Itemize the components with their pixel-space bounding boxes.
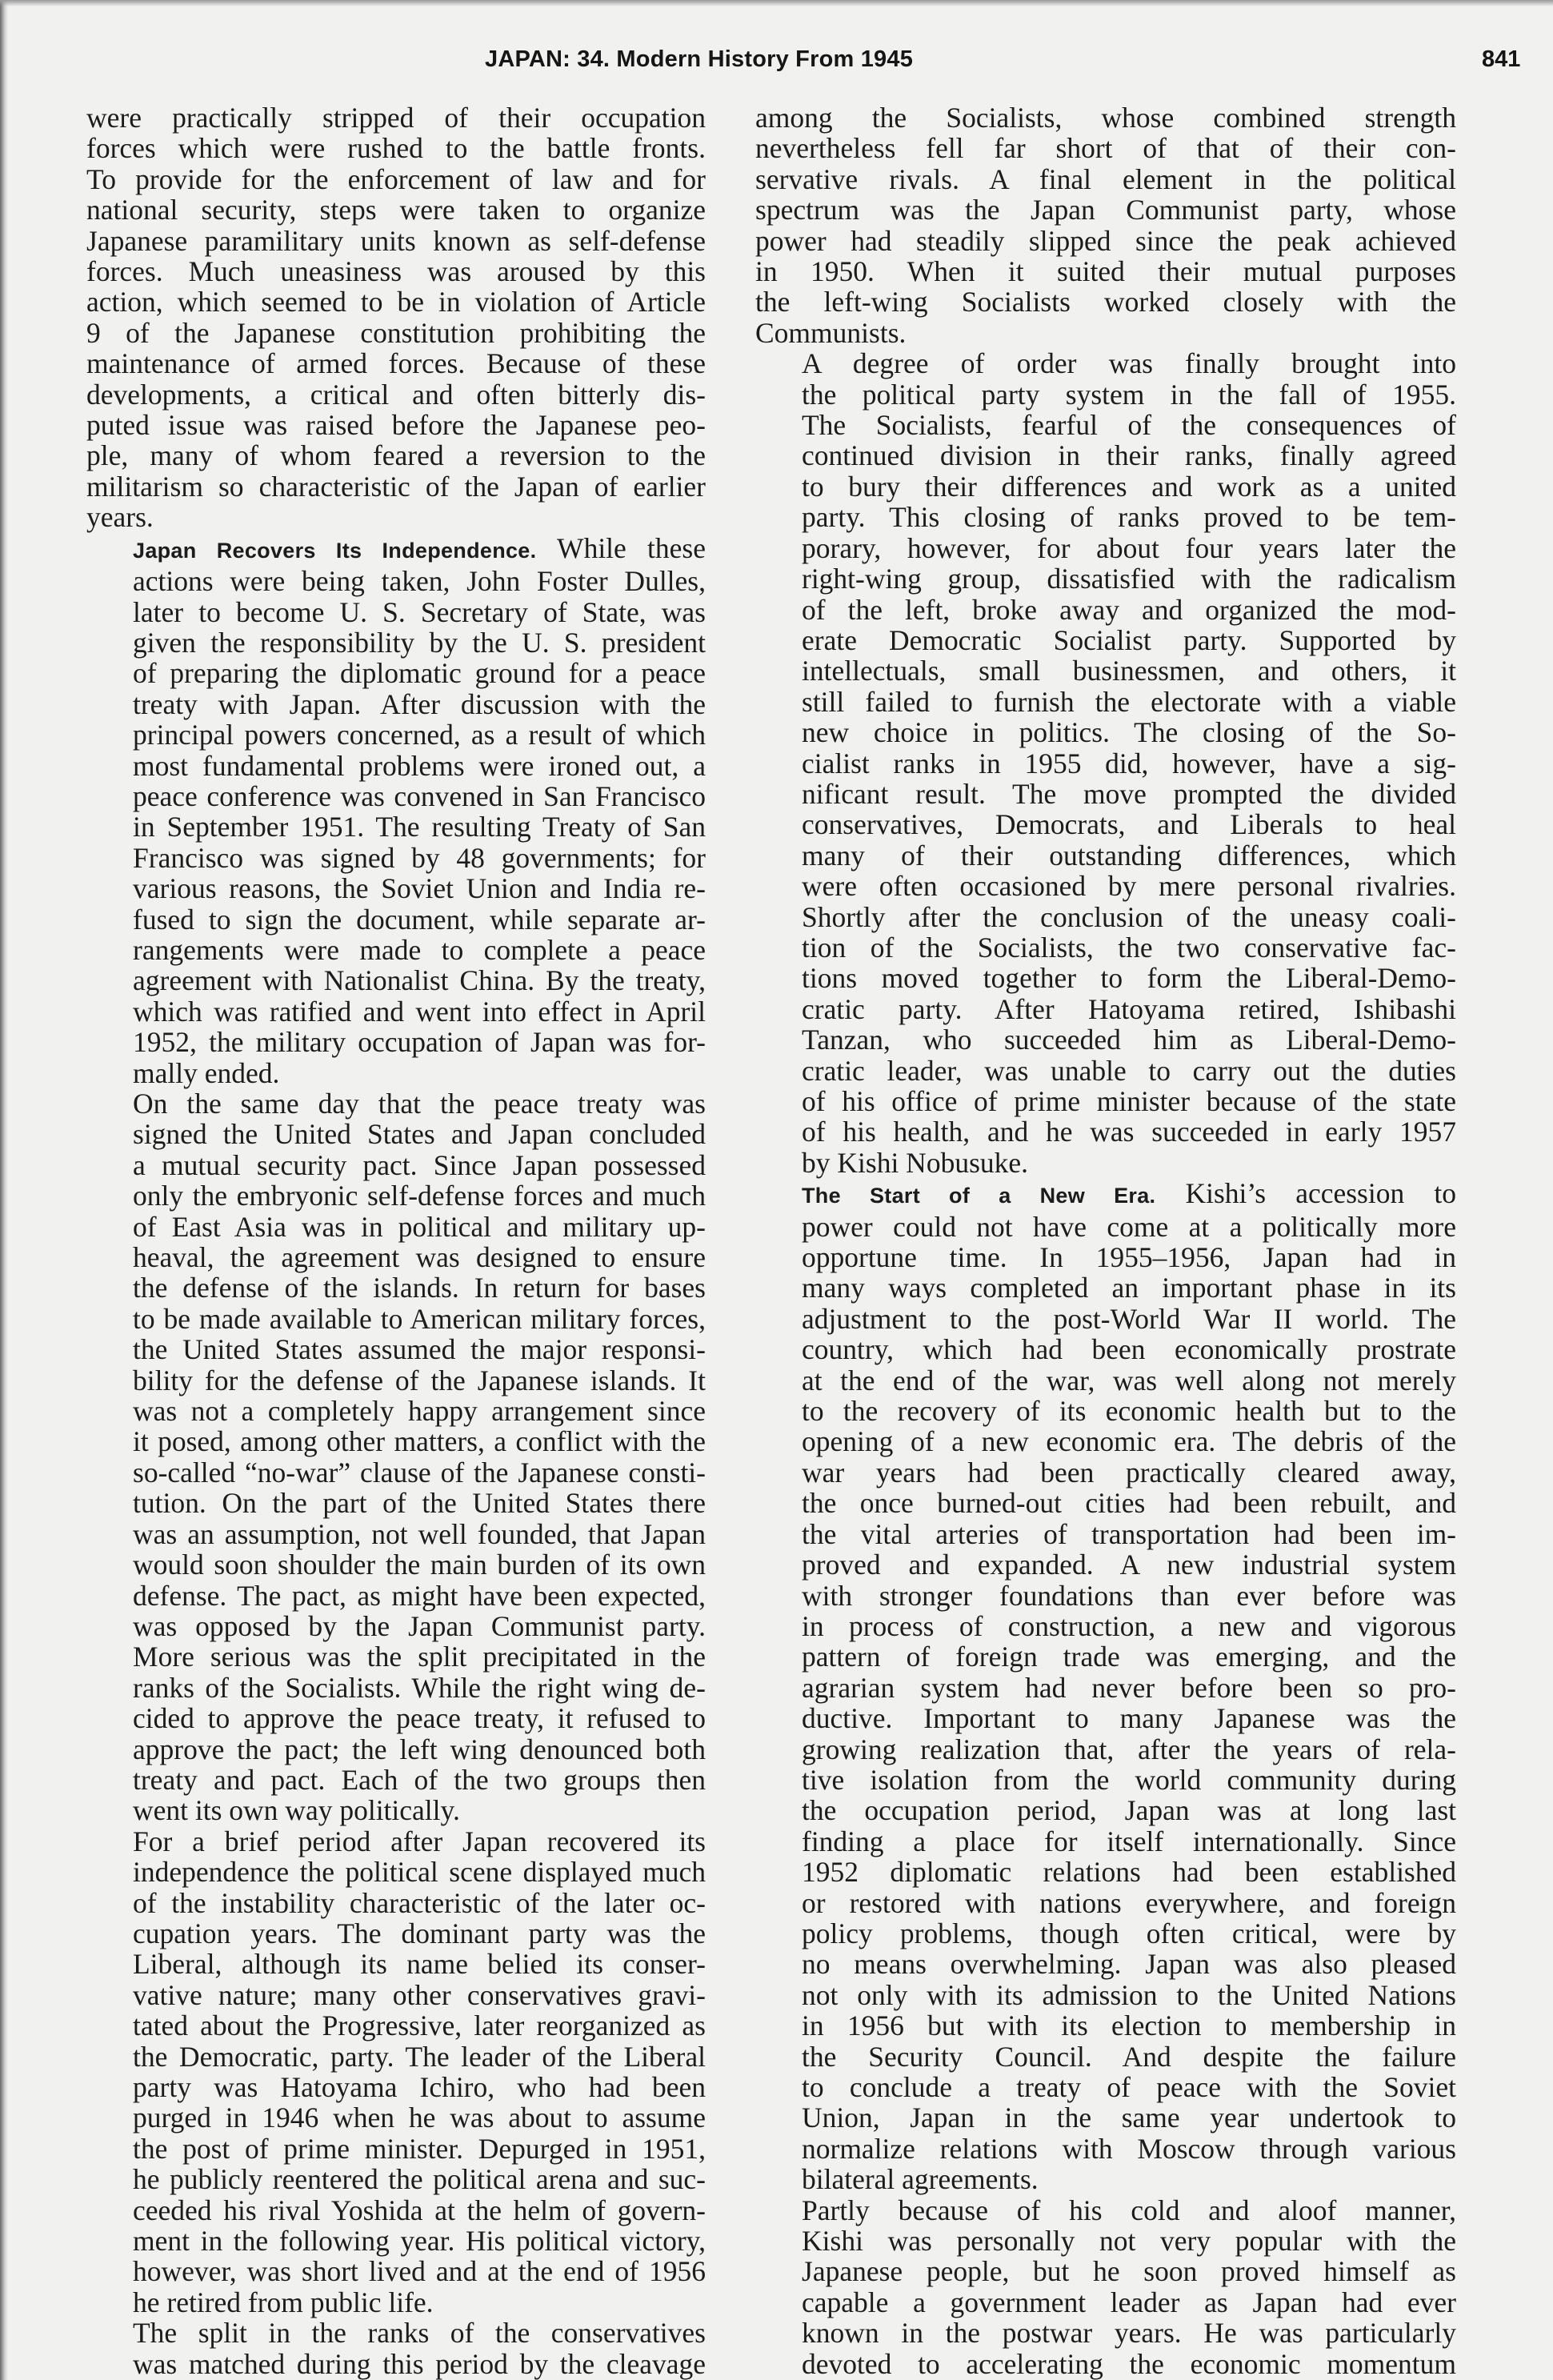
running-title: JAPAN: 34. Modern History From 1945 — [485, 46, 913, 73]
text-line: among the Socialists, whose combined str… — [755, 102, 1456, 133]
text-line: pattern of foreign trade was emerging, a… — [755, 1641, 1456, 1672]
section-paragraph: Japan Recovers Its Independence. While t… — [86, 533, 706, 1088]
text-line: many ways completed an important phase i… — [755, 1272, 1456, 1303]
text-line: known in the postwar years. He was parti… — [755, 2318, 1456, 2348]
text-line: only the embryonic self-defense forces a… — [86, 1180, 706, 1211]
text-line: the left-wing Socialists worked closely … — [755, 286, 1456, 317]
text-line: ductive. Important to many Japanese was … — [755, 1703, 1456, 1733]
text-line: For a brief period after Japan recovered… — [86, 1826, 706, 1857]
run-in-heading: The Start of a New Era. — [802, 1184, 1155, 1208]
text-line: To provide for the enforcement of law an… — [86, 164, 706, 194]
text-line: adjustment to the post-World War II worl… — [755, 1304, 1456, 1334]
paragraph: For a brief period after Japan recovered… — [86, 1826, 706, 2318]
text-line: 1952 diplomatic relations had been estab… — [755, 1857, 1456, 1887]
text-line: country, which had been economically pro… — [755, 1334, 1456, 1364]
text-line: fused to sign the document, while separa… — [86, 904, 706, 935]
text-line: the political party system in the fall o… — [755, 379, 1456, 410]
text-line: the United States assumed the major resp… — [86, 1334, 706, 1364]
text-line: most fundamental problems were ironed ou… — [86, 751, 706, 781]
text-line: was an assumption, not well founded, tha… — [86, 1519, 706, 1549]
text-line: ranks of the Socialists. While the right… — [86, 1673, 706, 1703]
text-line: action, which seemed to be in violation … — [86, 286, 706, 317]
text-line: to bury their differences and work as a … — [755, 471, 1456, 502]
text-line: given the responsibility by the U. S. pr… — [86, 627, 706, 658]
text-line: the Security Council. And despite the fa… — [755, 2041, 1456, 2072]
text-line: nevertheless fell far short of that of t… — [755, 133, 1456, 163]
text-line: power could not have come at a political… — [755, 1212, 1456, 1242]
text-line: conservatives, Democrats, and Liberals t… — [755, 809, 1456, 839]
text-line: A degree of order was finally brought in… — [755, 348, 1456, 379]
text-line: in September 1951. The resulting Treaty … — [86, 811, 706, 842]
text-line: porary, however, for about four years la… — [755, 533, 1456, 563]
text-line: various reasons, the Soviet Union and In… — [86, 873, 706, 904]
text-line: however, was short lived and at the end … — [86, 2256, 706, 2286]
text-line: militarism so characteristic of the Japa… — [86, 471, 706, 502]
text-line: the post of prime minister. Depurged in … — [86, 2134, 706, 2164]
text-line: in process of construction, a new and vi… — [755, 1611, 1456, 1641]
text-line: agreement with Nationalist China. By the… — [86, 965, 706, 996]
text-line: devoted to accelerating the economic mom… — [755, 2349, 1456, 2379]
text-line: servative rivals. A final element in the… — [755, 164, 1456, 194]
text-line: treaty and pact. Each of the two groups … — [86, 1765, 706, 1795]
text-line: proved and expanded. A new industrial sy… — [755, 1549, 1456, 1580]
paragraph: The split in the ranks of the conservati… — [86, 2318, 706, 2379]
text-line: by Kishi Nobusuke. — [755, 1148, 1456, 1178]
text-line: The split in the ranks of the conservati… — [86, 2318, 706, 2348]
text-line: mally ended. — [86, 1058, 706, 1088]
text-line: cratic party. After Hatoyama retired, Is… — [755, 994, 1456, 1024]
text-line: was matched during this period by the cl… — [86, 2349, 706, 2379]
text-line: peace conference was convened in San Fra… — [86, 781, 706, 811]
text-line: The Socialists, fearful of the consequen… — [755, 410, 1456, 440]
text-line: treaty with Japan. After discussion with… — [86, 689, 706, 719]
text-line: Shortly after the conclusion of the unea… — [755, 902, 1456, 932]
text-line: still failed to furnish the electorate w… — [755, 687, 1456, 717]
text-line: vative nature; many other conservatives … — [86, 1980, 706, 2010]
text-line: growing realization that, after the year… — [755, 1734, 1456, 1765]
text-line: to be made available to American militar… — [86, 1304, 706, 1334]
left-column: were practically stripped of their occup… — [86, 102, 706, 2379]
section-paragraph: The Start of a New Era. Kishi’s accessio… — [755, 1178, 1456, 2194]
text-line: would soon shoulder the main burden of i… — [86, 1549, 706, 1580]
text-line: ple, many of whom feared a reversion to … — [86, 440, 706, 471]
text-line: forces which were rushed to the battle f… — [86, 133, 706, 163]
text-line: many of their outstanding differences, w… — [755, 840, 1456, 871]
text-line: went its own way politically. — [86, 1795, 706, 1825]
text-line: finding a place for itself international… — [755, 1826, 1456, 1857]
text-line: the occupation period, Japan was at long… — [755, 1795, 1456, 1825]
page-number: 841 — [1482, 46, 1520, 73]
text-line: of the left, broke away and organized th… — [755, 595, 1456, 625]
text-line: of his health, and he was succeeded in e… — [755, 1116, 1456, 1147]
text-line: forces. Much uneasiness was aroused by t… — [86, 256, 706, 286]
text-line: tion of the Socialists, the two conserva… — [755, 932, 1456, 963]
text-line: Japanese paramilitary units known as sel… — [86, 226, 706, 256]
text-line: independence the political scene display… — [86, 1857, 706, 1887]
text-line: normalize relations with Moscow through … — [755, 2134, 1456, 2164]
text-line: which was ratified and went into effect … — [86, 996, 706, 1027]
running-head: JAPAN: 34. Modern History From 1945 841 — [0, 46, 1553, 78]
text-line: capable a government leader as Japan had… — [755, 2287, 1456, 2318]
text-line: was not a completely happy arrangement s… — [86, 1396, 706, 1426]
text-line: of his office of prime minister because … — [755, 1086, 1456, 1116]
text-line: Liberal, although its name belied its co… — [86, 1949, 706, 1979]
paragraph: A degree of order was finally brought in… — [755, 348, 1456, 1178]
text-line: at the end of the war, was well along no… — [755, 1365, 1456, 1396]
text-line: of East Asia was in political and milita… — [86, 1212, 706, 1242]
page-edge-shadow — [0, 0, 8, 2380]
text-line: party was Hatoyama Ichiro, who had been — [86, 2072, 706, 2102]
text-line: Japan Recovers Its Independence. While t… — [86, 533, 706, 566]
text-line: More serious was the split precipitated … — [86, 1641, 706, 1672]
text-line: he retired from public life. — [86, 2287, 706, 2318]
text-line: the once burned-out cities had been rebu… — [755, 1488, 1456, 1518]
text-line: he publicly reentered the political aren… — [86, 2164, 706, 2194]
text-line: in 1956 but with its election to members… — [755, 2010, 1456, 2041]
text-line: agrarian system had never before been so… — [755, 1673, 1456, 1703]
paragraph: On the same day that the peace treaty wa… — [86, 1088, 706, 1826]
text-line: of preparing the diplomatic ground for a… — [86, 658, 706, 688]
text-line: Francisco was signed by 48 governments; … — [86, 843, 706, 873]
text-line: spectrum was the Japan Communist party, … — [755, 194, 1456, 225]
text-line: bility for the defense of the Japanese i… — [86, 1365, 706, 1396]
text-line: it posed, among other matters, a conflic… — [86, 1426, 706, 1456]
text-line: developments, a critical and often bitte… — [86, 379, 706, 410]
text-line: no means overwhelming. Japan was also pl… — [755, 1949, 1456, 1979]
text-line: power had steadily slipped since the pea… — [755, 226, 1456, 256]
text-line: years. — [86, 502, 706, 532]
paragraph: among the Socialists, whose combined str… — [755, 102, 1456, 348]
text-line: later to become U. S. Secretary of State… — [86, 597, 706, 627]
text-line: bilateral agreements. — [755, 2164, 1456, 2194]
text-line: cialist ranks in 1955 did, however, have… — [755, 748, 1456, 779]
text-line: purged in 1946 when he was about to assu… — [86, 2102, 706, 2133]
text-line: was opposed by the Japan Communist party… — [86, 1611, 706, 1641]
paragraph: were practically stripped of their occup… — [86, 102, 706, 533]
text-line: so-called “no-war” clause of the Japanes… — [86, 1457, 706, 1488]
text-line: Tanzan, who succeeded him as Liberal-Dem… — [755, 1024, 1456, 1055]
text-line: signed the United States and Japan concl… — [86, 1119, 706, 1149]
text-line: 1952, the military occupation of Japan w… — [86, 1027, 706, 1057]
text-line: of the instability characteristic of the… — [86, 1888, 706, 1918]
text-line: ceeded his rival Yoshida at the helm of … — [86, 2195, 706, 2226]
text-line: 9 of the Japanese constitution prohibiti… — [86, 318, 706, 348]
text-line: Kishi was personally not very popular wi… — [755, 2226, 1456, 2256]
text-line: with stronger foundations than ever befo… — [755, 1581, 1456, 1611]
text-line-content: Kishi’s accession to — [1155, 1177, 1456, 1209]
text-line: maintenance of armed forces. Because of … — [86, 348, 706, 379]
paragraph: Partly because of his cold and aloof man… — [755, 2195, 1456, 2379]
text-line: or restored with nations everywhere, and… — [755, 1888, 1456, 1918]
text-line: cratic leader, was unable to carry out t… — [755, 1056, 1456, 1086]
text-line: actions were being taken, John Foster Du… — [86, 566, 706, 596]
text-line: policy problems, though often critical, … — [755, 1918, 1456, 1949]
text-line: Japanese people, but he soon proved hims… — [755, 2256, 1456, 2286]
text-line: defense. The pact, as might have been ex… — [86, 1581, 706, 1611]
text-line: opening of a new economic era. The debri… — [755, 1426, 1456, 1456]
text-line: principal powers concerned, as a result … — [86, 719, 706, 750]
text-line: continued division in their ranks, final… — [755, 440, 1456, 471]
text-line: new choice in politics. The closing of t… — [755, 717, 1456, 747]
text-line: heaval, the agreement was designed to en… — [86, 1242, 706, 1272]
text-line: puted issue was raised before the Japane… — [86, 410, 706, 440]
text-line: ment in the following year. His politica… — [86, 2226, 706, 2256]
text-line: right-wing group, dissatisfied with the … — [755, 563, 1456, 594]
text-line: intellectuals, small businessmen, and ot… — [755, 655, 1456, 686]
text-line: tive isolation from the world community … — [755, 1765, 1456, 1795]
text-line: were often occasioned by mere personal r… — [755, 871, 1456, 901]
text-line: erate Democratic Socialist party. Suppor… — [755, 625, 1456, 655]
text-line: to the recovery of its economic health b… — [755, 1396, 1456, 1426]
text-line: opportune time. In 1955–1956, Japan had … — [755, 1242, 1456, 1272]
text-line: war years had been practically cleared a… — [755, 1457, 1456, 1488]
text-line: tions moved together to form the Liberal… — [755, 963, 1456, 993]
text-line: nificant result. The move prompted the d… — [755, 779, 1456, 809]
text-line: the vital arteries of transportation had… — [755, 1519, 1456, 1549]
text-line: tated about the Progressive, later reorg… — [86, 2010, 706, 2041]
text-line: rangements were made to complete a peace — [86, 935, 706, 965]
text-line: to conclude a treaty of peace with the S… — [755, 2072, 1456, 2102]
text-line: a mutual security pact. Since Japan poss… — [86, 1150, 706, 1180]
right-column: among the Socialists, whose combined str… — [755, 102, 1456, 2379]
text-line: Union, Japan in the same year undertook … — [755, 2102, 1456, 2133]
text-line: Partly because of his cold and aloof man… — [755, 2195, 1456, 2226]
text-line: cupation years. The dominant party was t… — [86, 1918, 706, 1949]
text-line-content: While these — [536, 532, 706, 564]
text-line: approve the pact; the left wing denounce… — [86, 1734, 706, 1765]
text-line: cided to approve the peace treaty, it re… — [86, 1703, 706, 1733]
text-line: Communists. — [755, 318, 1456, 348]
text-line: the Democratic, party. The leader of the… — [86, 2041, 706, 2072]
text-line: not only with its admission to the Unite… — [755, 1980, 1456, 2010]
run-in-heading: Japan Recovers Its Independence. — [133, 539, 536, 563]
text-line: tution. On the part of the United States… — [86, 1488, 706, 1518]
text-line: were practically stripped of their occup… — [86, 102, 706, 133]
text-line: the defense of the islands. In return fo… — [86, 1272, 706, 1303]
text-line: On the same day that the peace treaty wa… — [86, 1088, 706, 1119]
text-line: The Start of a New Era. Kishi’s accessio… — [755, 1178, 1456, 1211]
text-line: in 1950. When it suited their mutual pur… — [755, 256, 1456, 286]
page-top-shadow — [0, 0, 1553, 6]
text-line: national security, steps were taken to o… — [86, 194, 706, 225]
text-line: party. This closing of ranks proved to b… — [755, 502, 1456, 532]
